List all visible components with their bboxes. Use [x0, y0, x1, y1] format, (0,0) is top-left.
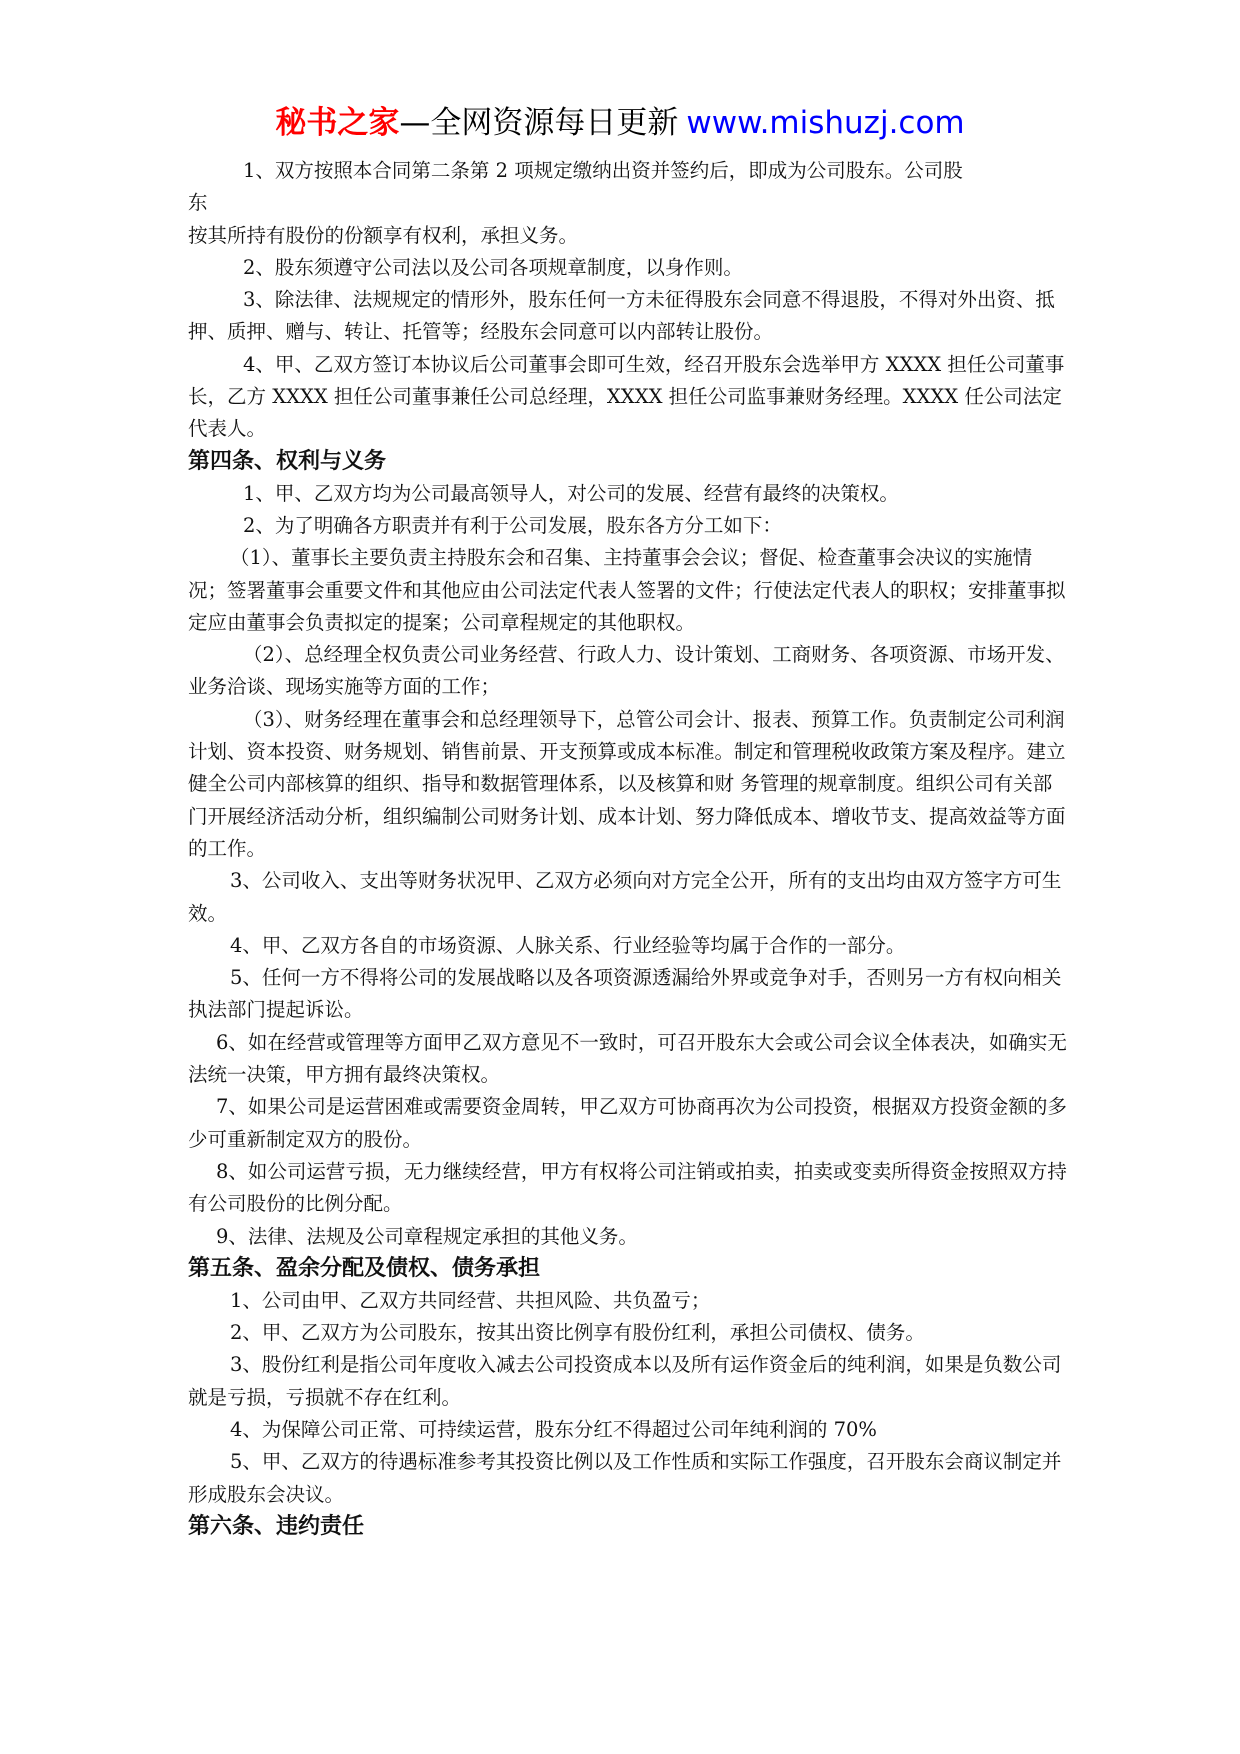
clause-paragraph: （3）、财务经理在董事会和总经理领导下，总管公司会计、报表、预算工作。负责制定公… — [188, 704, 1068, 865]
clause-paragraph: 4、为保障公司正常、可持续运营，股东分红不得超过公司年纯利润的 70% — [188, 1414, 1068, 1446]
site-watermark-header: 秘书之家—全网资源每日更新www.mishuzj.com — [0, 103, 1240, 143]
clause-paragraph: 9、法律、法规及公司章程规定承担的其他义务。 — [188, 1221, 1068, 1253]
clause-paragraph: 1、甲、乙双方均为公司最高领导人，对公司的发展、经营有最终的决策权。 — [188, 478, 1068, 510]
clause-paragraph: 东 — [188, 187, 1068, 219]
clause-paragraph: 按其所持有股份的份额享有权利，承担义务。 — [188, 220, 1068, 252]
clause-paragraph: 5、甲、乙双方的待遇标准参考其投资比例以及工作性质和实际工作强度，召开股东会商议… — [188, 1446, 1068, 1511]
clause-paragraph: 2、股东须遵守公司法以及公司各项规章制度，以身作则。 — [188, 252, 1068, 284]
clause-paragraph: 3、股份红利是指公司年度收入减去公司投资成本以及所有运作资金后的纯利润，如果是负… — [188, 1349, 1068, 1414]
clause-paragraph: 5、任何一方不得将公司的发展战略以及各项资源透漏给外界或竞争对手，否则另一方有权… — [188, 962, 1068, 1027]
clause-paragraph: 7、如果公司是运营困难或需要资金周转，甲乙双方可协商再次为公司投资，根据双方投资… — [188, 1091, 1068, 1156]
slogan: —全网资源每日更新 — [399, 105, 678, 141]
clause-paragraph: 1、双方按照本合同第二条第 2 项规定缴纳出资并签约后，即成为公司股东。公司股 — [188, 155, 1068, 187]
clause-paragraph: 4、甲、乙双方各自的市场资源、人脉关系、行业经验等均属于合作的一部分。 — [188, 930, 1068, 962]
clause-paragraph: 4、甲、乙双方签订本协议后公司董事会即可生效，经召开股东会选举甲方 XXXX 担… — [188, 349, 1068, 446]
clause-paragraph: 6、如在经营或管理等方面甲乙双方意见不一致时，可召开股东大会或公司会议全体表决，… — [188, 1027, 1068, 1092]
site-url: www.mishuzj.com — [686, 105, 964, 141]
document-body: 1、双方按照本合同第二条第 2 项规定缴纳出资并签约后，即成为公司股东。公司股 … — [188, 155, 1068, 1543]
clause-paragraph: 8、如公司运营亏损，无力继续经营，甲方有权将公司注销或拍卖，拍卖或变卖所得资金按… — [188, 1156, 1068, 1221]
clause-paragraph: 2、为了明确各方职责并有利于公司发展，股东各方分工如下： — [188, 510, 1068, 542]
clause-paragraph: 1、公司由甲、乙双方共同经营、共担风险、共负盈亏； — [188, 1285, 1068, 1317]
clause-paragraph: 2、甲、乙双方为公司股东，按其出资比例享有股份红利，承担公司债权、债务。 — [188, 1317, 1068, 1349]
clause-paragraph: （2）、总经理全权负责公司业务经营、行政人力、设计策划、工商财务、各项资源、市场… — [188, 639, 1068, 704]
clause-paragraph: （1）、董事长主要负责主持股东会和召集、主持董事会会议；督促、检查董事会决议的实… — [188, 542, 1068, 639]
section-heading-article-6: 第六条、违约责任 — [188, 1511, 1068, 1543]
section-heading-article-4: 第四条、权利与义务 — [188, 446, 1068, 478]
clause-paragraph: 3、除法律、法规规定的情形外，股东任何一方未征得股东会同意不得退股，不得对外出资… — [188, 284, 1068, 349]
clause-paragraph: 3、公司收入、支出等财务状况甲、乙双方必须向对方完全公开，所有的支出均由双方签字… — [188, 865, 1068, 930]
section-heading-article-5: 第五条、盈余分配及债权、债务承担 — [188, 1253, 1068, 1285]
brand-name: 秘书之家 — [275, 105, 399, 141]
